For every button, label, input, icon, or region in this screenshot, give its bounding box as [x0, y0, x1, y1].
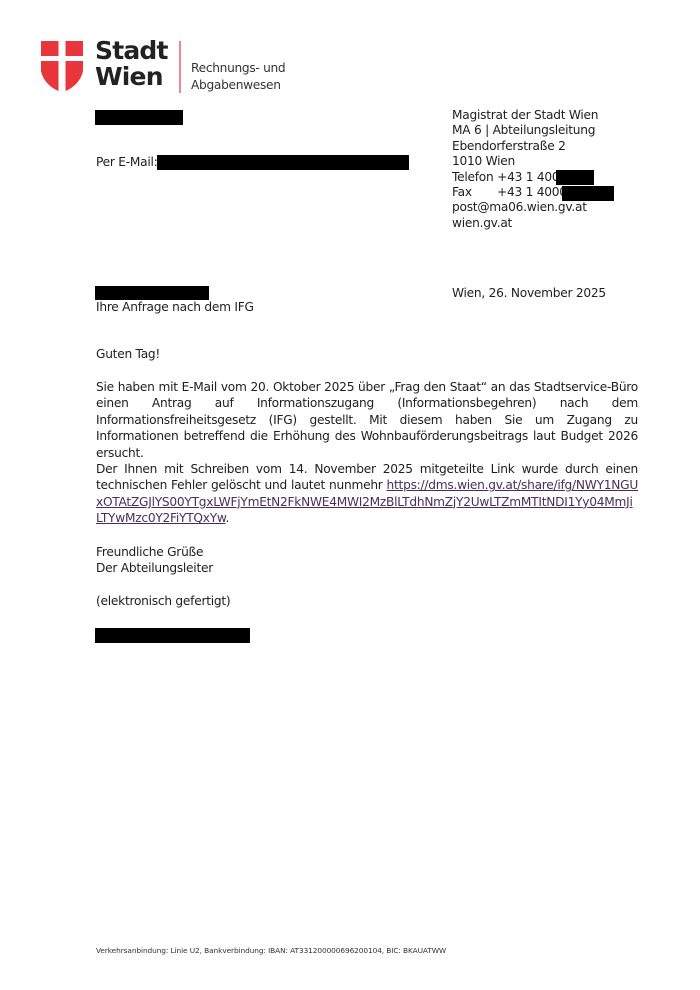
department-line-2: Abgabenwesen: [191, 77, 285, 94]
logo-divider: [179, 41, 181, 93]
paragraph-request: Sie haben mit E-Mail vom 20. Oktober 202…: [96, 379, 638, 461]
logo-word-stadt: Stadt: [95, 38, 168, 64]
paragraph-link-end: .: [226, 511, 230, 525]
fax-number: +43 1 4000: [497, 185, 567, 199]
redacted-recipient-name: [95, 110, 183, 125]
redacted-recipient-email: [157, 155, 409, 170]
redacted-reference-number: [95, 286, 209, 300]
sender-line: MA 6 | Abteilungsleitung: [452, 123, 598, 138]
footer-info: Verkehrsanbindung: Linie U2, Bankverbind…: [96, 946, 446, 955]
logo-wordmark: Stadt Wien: [95, 38, 168, 90]
paragraph-link: Der Ihnen mit Schreiben vom 14. November…: [96, 461, 638, 527]
email-label: Per E-Mail:: [96, 155, 158, 170]
closing-line-2: Der Abteilungsleiter: [96, 561, 213, 576]
fax-label: Fax: [452, 185, 497, 200]
redacted-fax-extension: [562, 186, 614, 201]
department-line-1: Rechnungs- und: [191, 60, 285, 77]
department-name: Rechnungs- und Abgabenwesen: [191, 60, 285, 93]
closing-line-1: Freundliche Grüße: [96, 545, 203, 560]
sender-line: Ebendorferstraße 2: [452, 139, 598, 154]
vienna-shield-icon: [41, 41, 83, 92]
sender-email[interactable]: post@ma06.wien.gv.at: [452, 200, 598, 215]
signature-note: (elektronisch gefertigt): [96, 594, 230, 609]
logo-word-wien: Wien: [95, 64, 168, 90]
greeting: Guten Tag!: [96, 347, 160, 362]
sender-website[interactable]: wien.gv.at: [452, 216, 598, 231]
letter-date: Wien, 26. November 2025: [452, 286, 606, 301]
sender-line: Magistrat der Stadt Wien: [452, 108, 598, 123]
redacted-phone-extension: [556, 170, 594, 185]
phone-label: Telefon: [452, 170, 493, 184]
redacted-signatory-name: [95, 628, 250, 643]
letter-subject: Ihre Anfrage nach dem IFG: [96, 300, 254, 315]
sender-line: 1010 Wien: [452, 154, 598, 169]
